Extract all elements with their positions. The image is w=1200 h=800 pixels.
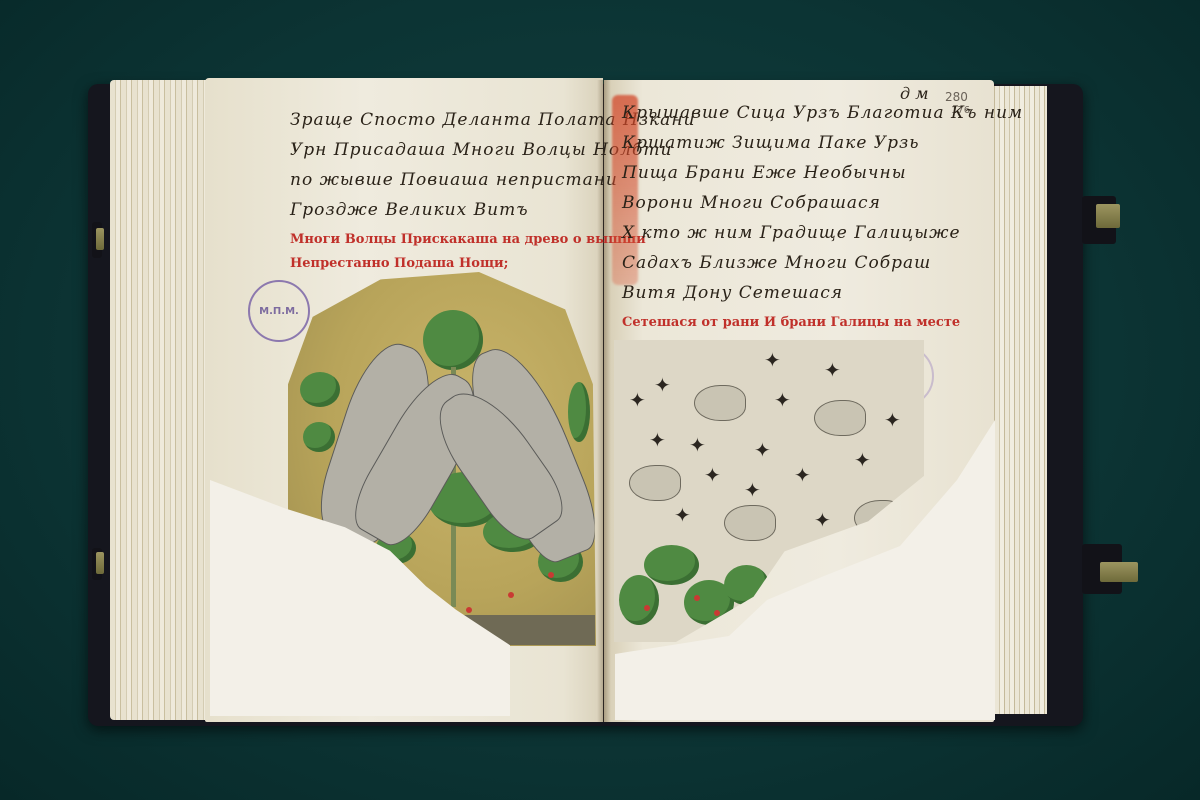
berry xyxy=(548,572,554,578)
page-edges-left xyxy=(110,80,220,720)
crow-icon: ✦ xyxy=(854,450,871,470)
crow-icon: ✦ xyxy=(704,465,721,485)
clasp-top-right xyxy=(1082,196,1116,244)
crow-icon: ✦ xyxy=(649,430,666,450)
clasp-bottom-right xyxy=(1082,544,1122,594)
crow-icon: ✦ xyxy=(764,350,781,370)
crow-icon: ✦ xyxy=(674,505,691,525)
berry xyxy=(714,610,720,616)
crow-icon: ✦ xyxy=(654,375,671,395)
clasp-metal xyxy=(96,552,104,574)
berry xyxy=(466,607,472,613)
bird-of-prey xyxy=(629,465,681,501)
crow-icon: ✦ xyxy=(689,435,706,455)
clasp-metal xyxy=(96,228,104,250)
bird-of-prey xyxy=(724,505,776,541)
clasp-left-bottom xyxy=(92,548,102,580)
bird-of-prey xyxy=(814,400,866,436)
crow-icon: ✦ xyxy=(744,480,761,500)
crow-icon: ✦ xyxy=(794,465,811,485)
text-line: Ворони Многи Собрашася xyxy=(622,188,1023,218)
berry xyxy=(644,605,650,611)
berry xyxy=(694,595,700,601)
bird-of-prey xyxy=(694,385,746,421)
tree-icon xyxy=(300,372,340,407)
tree-icon xyxy=(303,422,335,452)
library-stamp: М.П.М. xyxy=(248,280,310,342)
clasp-left-top xyxy=(92,222,102,258)
text-line: Витя Дону Сетешася xyxy=(622,278,1023,308)
text-line: Х кто ж ним Градище Галицыже xyxy=(622,218,1023,248)
shrub-icon xyxy=(619,575,659,625)
text-line: Крышавше Сица Урзъ Благотиа Къ ним xyxy=(622,98,1023,128)
text-line: Садахъ Близже Многи Собраш xyxy=(622,248,1023,278)
shrub-icon xyxy=(644,545,699,585)
crow-icon: ✦ xyxy=(754,440,771,460)
text-line: Кршатиж Зищима Паке Урзь xyxy=(622,128,1023,158)
crow-icon: ✦ xyxy=(884,410,901,430)
clasp-metal xyxy=(1096,204,1120,228)
crow-icon: ✦ xyxy=(814,510,831,530)
right-page-text: Крышавше Сица Урзъ Благотиа Къ ним Кршат… xyxy=(622,98,1023,364)
crow-icon: ✦ xyxy=(824,360,841,380)
berry xyxy=(508,592,514,598)
text-line: Пища Брани Еже Необычны xyxy=(622,158,1023,188)
tree-icon xyxy=(568,382,590,442)
crow-icon: ✦ xyxy=(629,390,646,410)
clasp-metal xyxy=(1100,562,1138,582)
crow-icon: ✦ xyxy=(774,390,791,410)
